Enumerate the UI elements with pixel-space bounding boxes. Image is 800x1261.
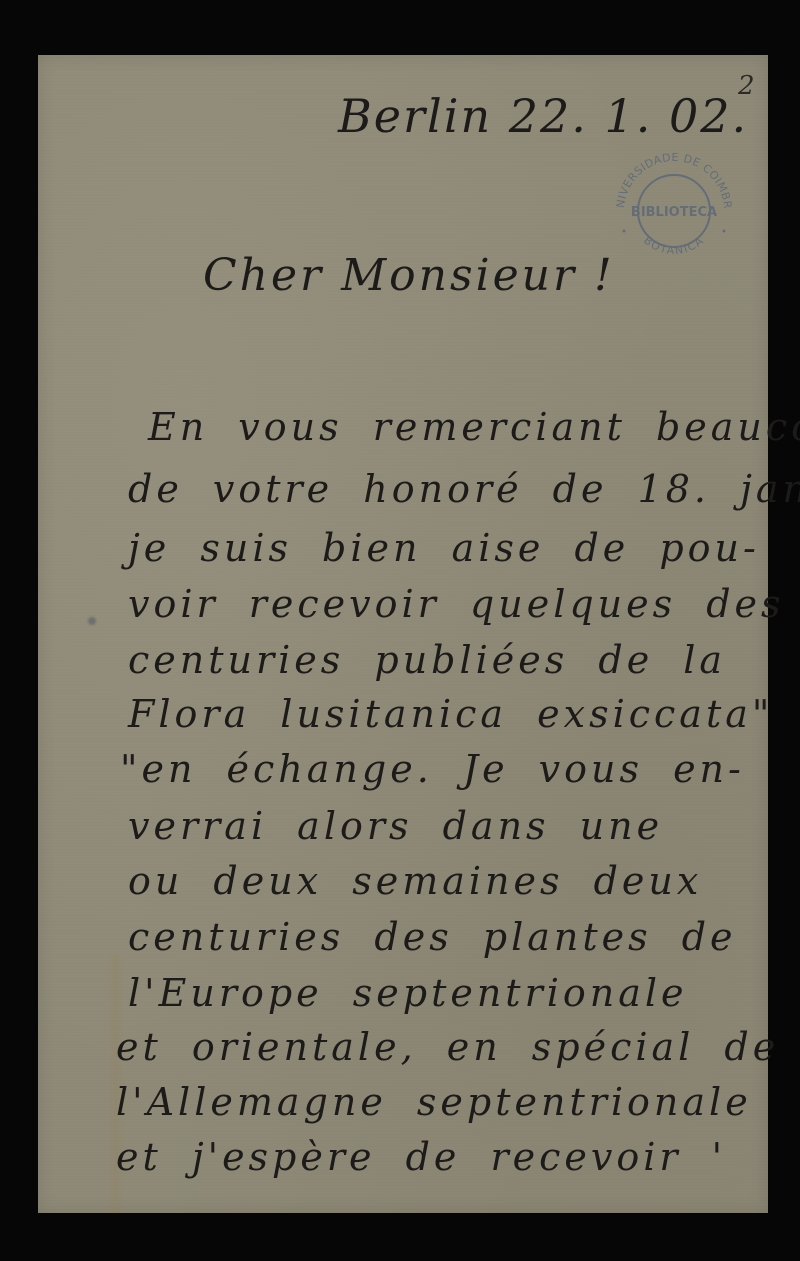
letter-line: centuries des plantes de (128, 915, 737, 959)
letter-page: 2 Berlin 22. 1. 02. UNIVERSIDADE DE COIM… (38, 55, 768, 1213)
letter-line: verrai alors dans une (128, 804, 663, 848)
letter-line: et orientale, en spécial de (116, 1025, 779, 1069)
stamp-bottom-text: BOTANICA (641, 234, 707, 257)
stamp-top-text: UNIVERSIDADE DE COIMBRA (610, 147, 734, 210)
ink-smudge (88, 617, 96, 625)
library-stamp: UNIVERSIDADE DE COIMBRA BIBLIOTECA BOTAN… (610, 147, 738, 275)
svg-text:BOTANICA: BOTANICA (641, 234, 707, 257)
letter-line: et j'espère de recevoir ' (116, 1135, 726, 1179)
letter-line: centuries publiées de la (128, 638, 726, 682)
letter-line: En vous remerciant beaucoup (148, 405, 800, 449)
letter-line: l'Allemagne septentrionale (116, 1080, 752, 1124)
letter-line: de votre honoré de 18. janvier (128, 467, 800, 511)
stamp-seal-icon: UNIVERSIDADE DE COIMBRA BIBLIOTECA BOTAN… (610, 147, 738, 275)
letter-line: ou deux semaines deux (128, 859, 702, 903)
stamp-center-text: BIBLIOTECA (631, 205, 717, 220)
letter-line: je suis bien aise de pou- (128, 526, 760, 570)
letter-line: "en échange. Je vous en- (120, 747, 745, 791)
document-viewer: 2 Berlin 22. 1. 02. UNIVERSIDADE DE COIM… (0, 0, 800, 1261)
svg-text:UNIVERSIDADE DE COIMBRA: UNIVERSIDADE DE COIMBRA (610, 147, 734, 210)
dateline: Berlin 22. 1. 02. (338, 89, 748, 143)
letter-line: l'Europe septentrionale (128, 971, 688, 1015)
salutation: Cher Monsieur ! (203, 250, 615, 301)
letter-line: voir recevoir quelques des (128, 582, 785, 626)
letter-line: Flora lusitanica exsiccata" (128, 692, 773, 736)
